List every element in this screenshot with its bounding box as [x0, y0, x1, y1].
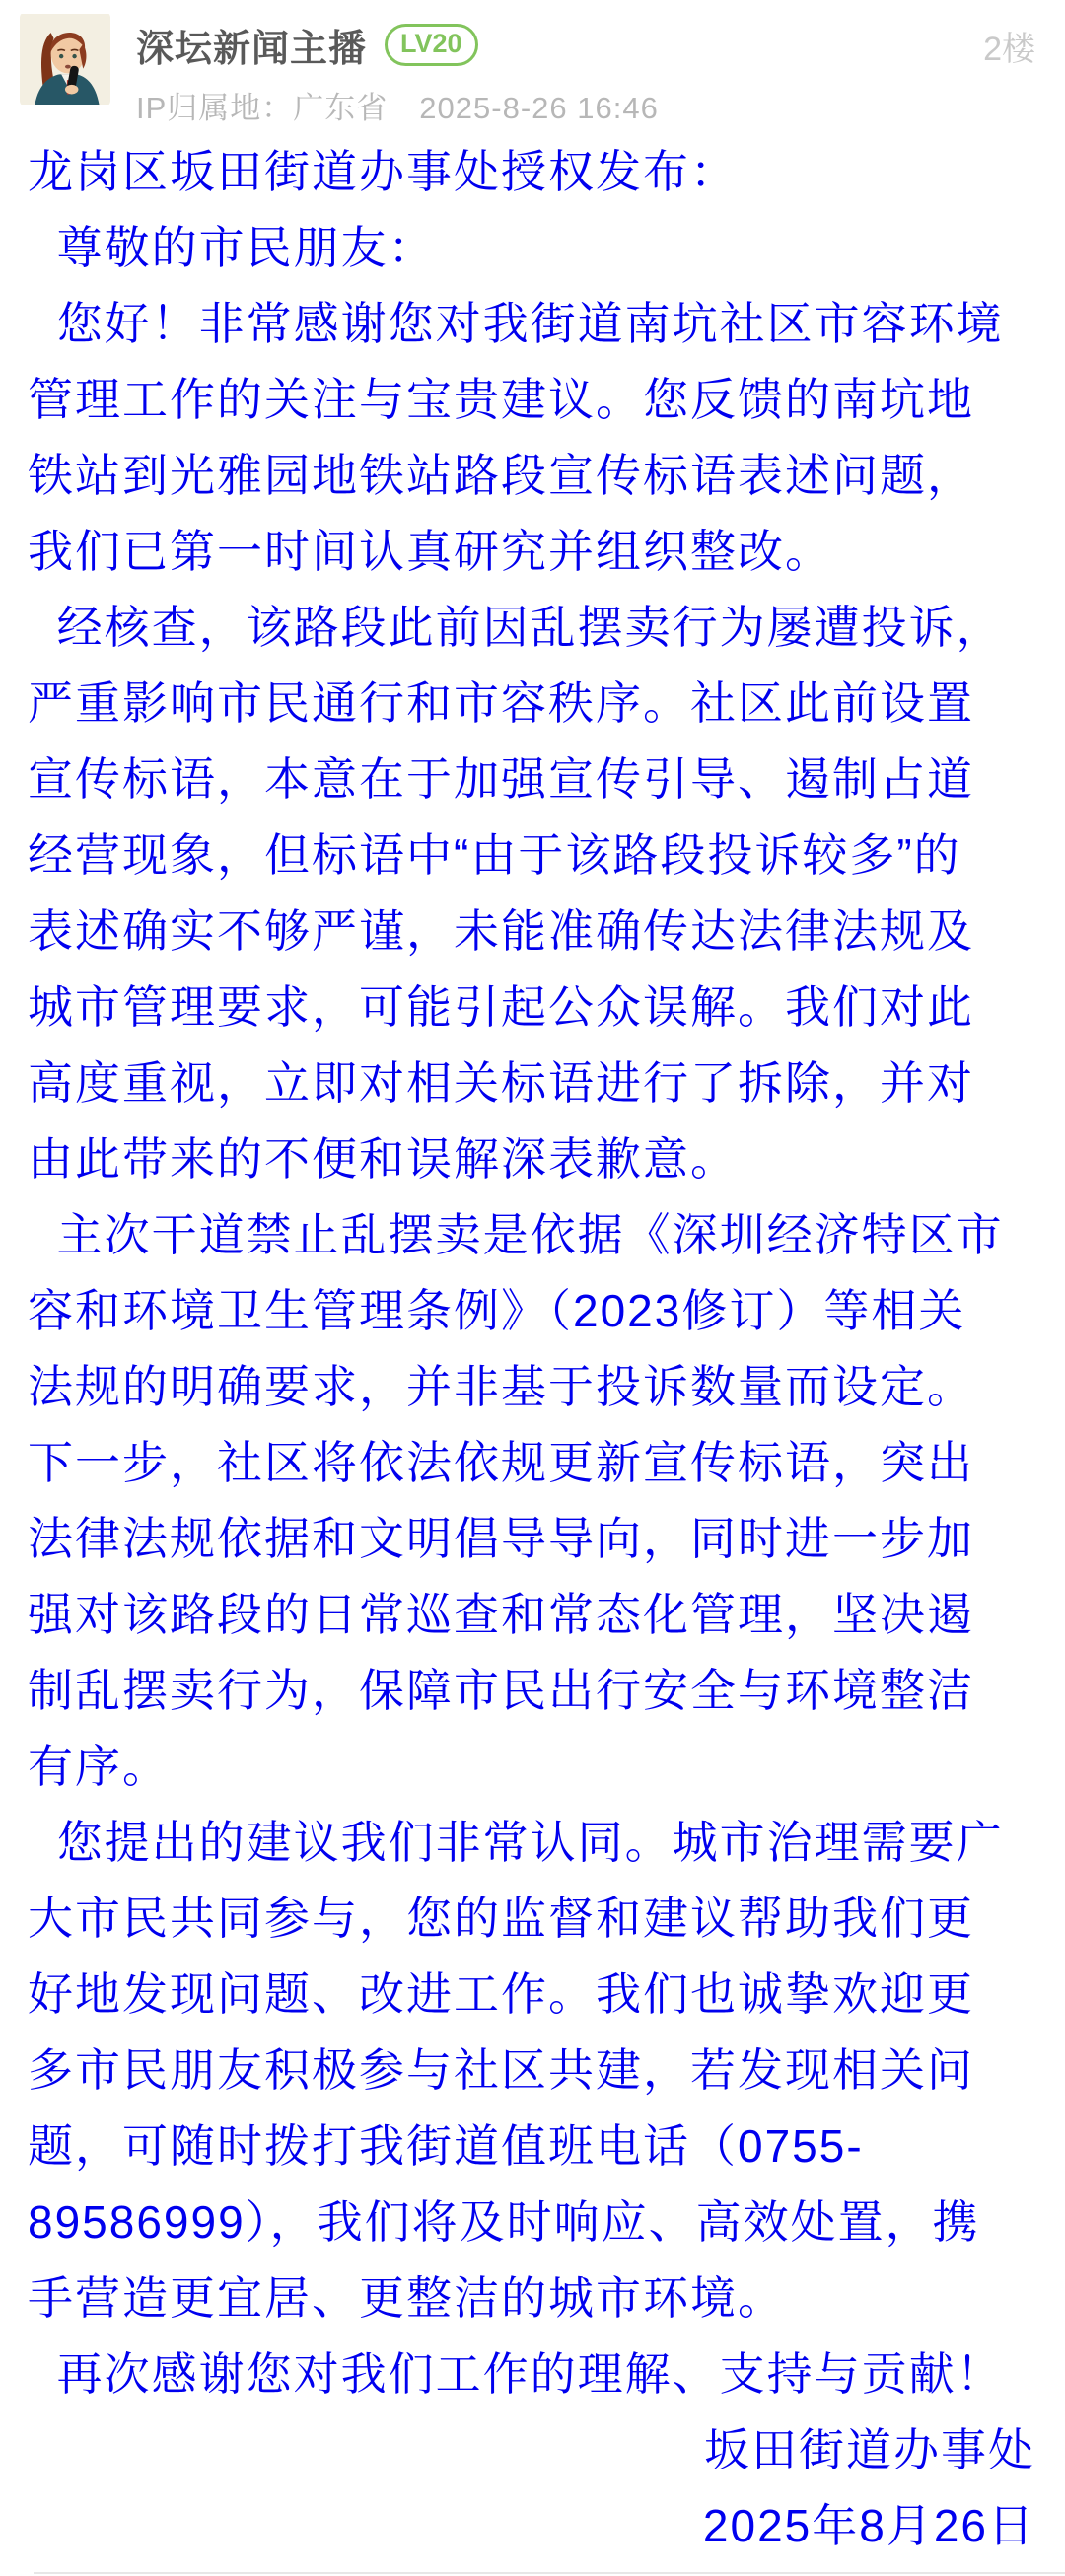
- post-meta: IP归属地：广东省 2025-8-26 16:46: [136, 83, 1035, 127]
- paragraph-regulation: 主次干道禁止乱摆卖是依据《深圳经济特区市 容和环境卫生管理条例》（2023修订）…: [28, 1197, 1035, 1805]
- paragraph-intro: 您好！非常感谢您对我街道南坑社区市容环境 管理工作的关注与宝贵建议。您反馈的南坑…: [28, 286, 1035, 590]
- paragraph-invitation: 您提出的建议我们非常认同。城市治理需要广 大市民共同参与，您的监督和建议帮助我们…: [28, 1805, 1035, 2336]
- paragraph-title: 龙岗区坂田街道办事处授权发布：: [28, 134, 1035, 210]
- paragraph-salutation: 尊敬的市民朋友：: [28, 210, 1035, 286]
- level-badge: LV20: [385, 24, 478, 67]
- paragraph-investigation: 经核查，该路段此前因乱摆卖行为屡遭投诉， 严重影响市民通行和市容秩序。社区此前设…: [28, 590, 1035, 1197]
- post-header: 深坛新闻主播 LV20 2楼 IP归属地：广东省 2025-8-26 16:46: [0, 0, 1065, 116]
- paragraph-thanks: 再次感谢您对我们工作的理解、支持与贡献！: [28, 2336, 1035, 2412]
- avatar[interactable]: [20, 12, 110, 107]
- forum-post: 深坛新闻主播 LV20 2楼 IP归属地：广东省 2025-8-26 16:46…: [0, 0, 1065, 2576]
- bottom-divider: [34, 2572, 1065, 2574]
- post-body: 龙岗区坂田街道办事处授权发布： 尊敬的市民朋友： 您好！非常感谢您对我街道南坑社…: [0, 116, 1065, 2564]
- post-header-row: 深坛新闻主播 LV20 2楼: [136, 18, 1035, 72]
- signature: 坂田街道办事处: [28, 2412, 1035, 2488]
- news-anchor-avatar-icon: [20, 12, 110, 107]
- post-header-main: 深坛新闻主播 LV20 2楼 IP归属地：广东省 2025-8-26 16:46: [136, 12, 1035, 127]
- floor-label: 2楼: [983, 20, 1035, 70]
- username[interactable]: 深坛新闻主播: [136, 18, 367, 72]
- date-line: 2025年8月26日: [28, 2488, 1035, 2564]
